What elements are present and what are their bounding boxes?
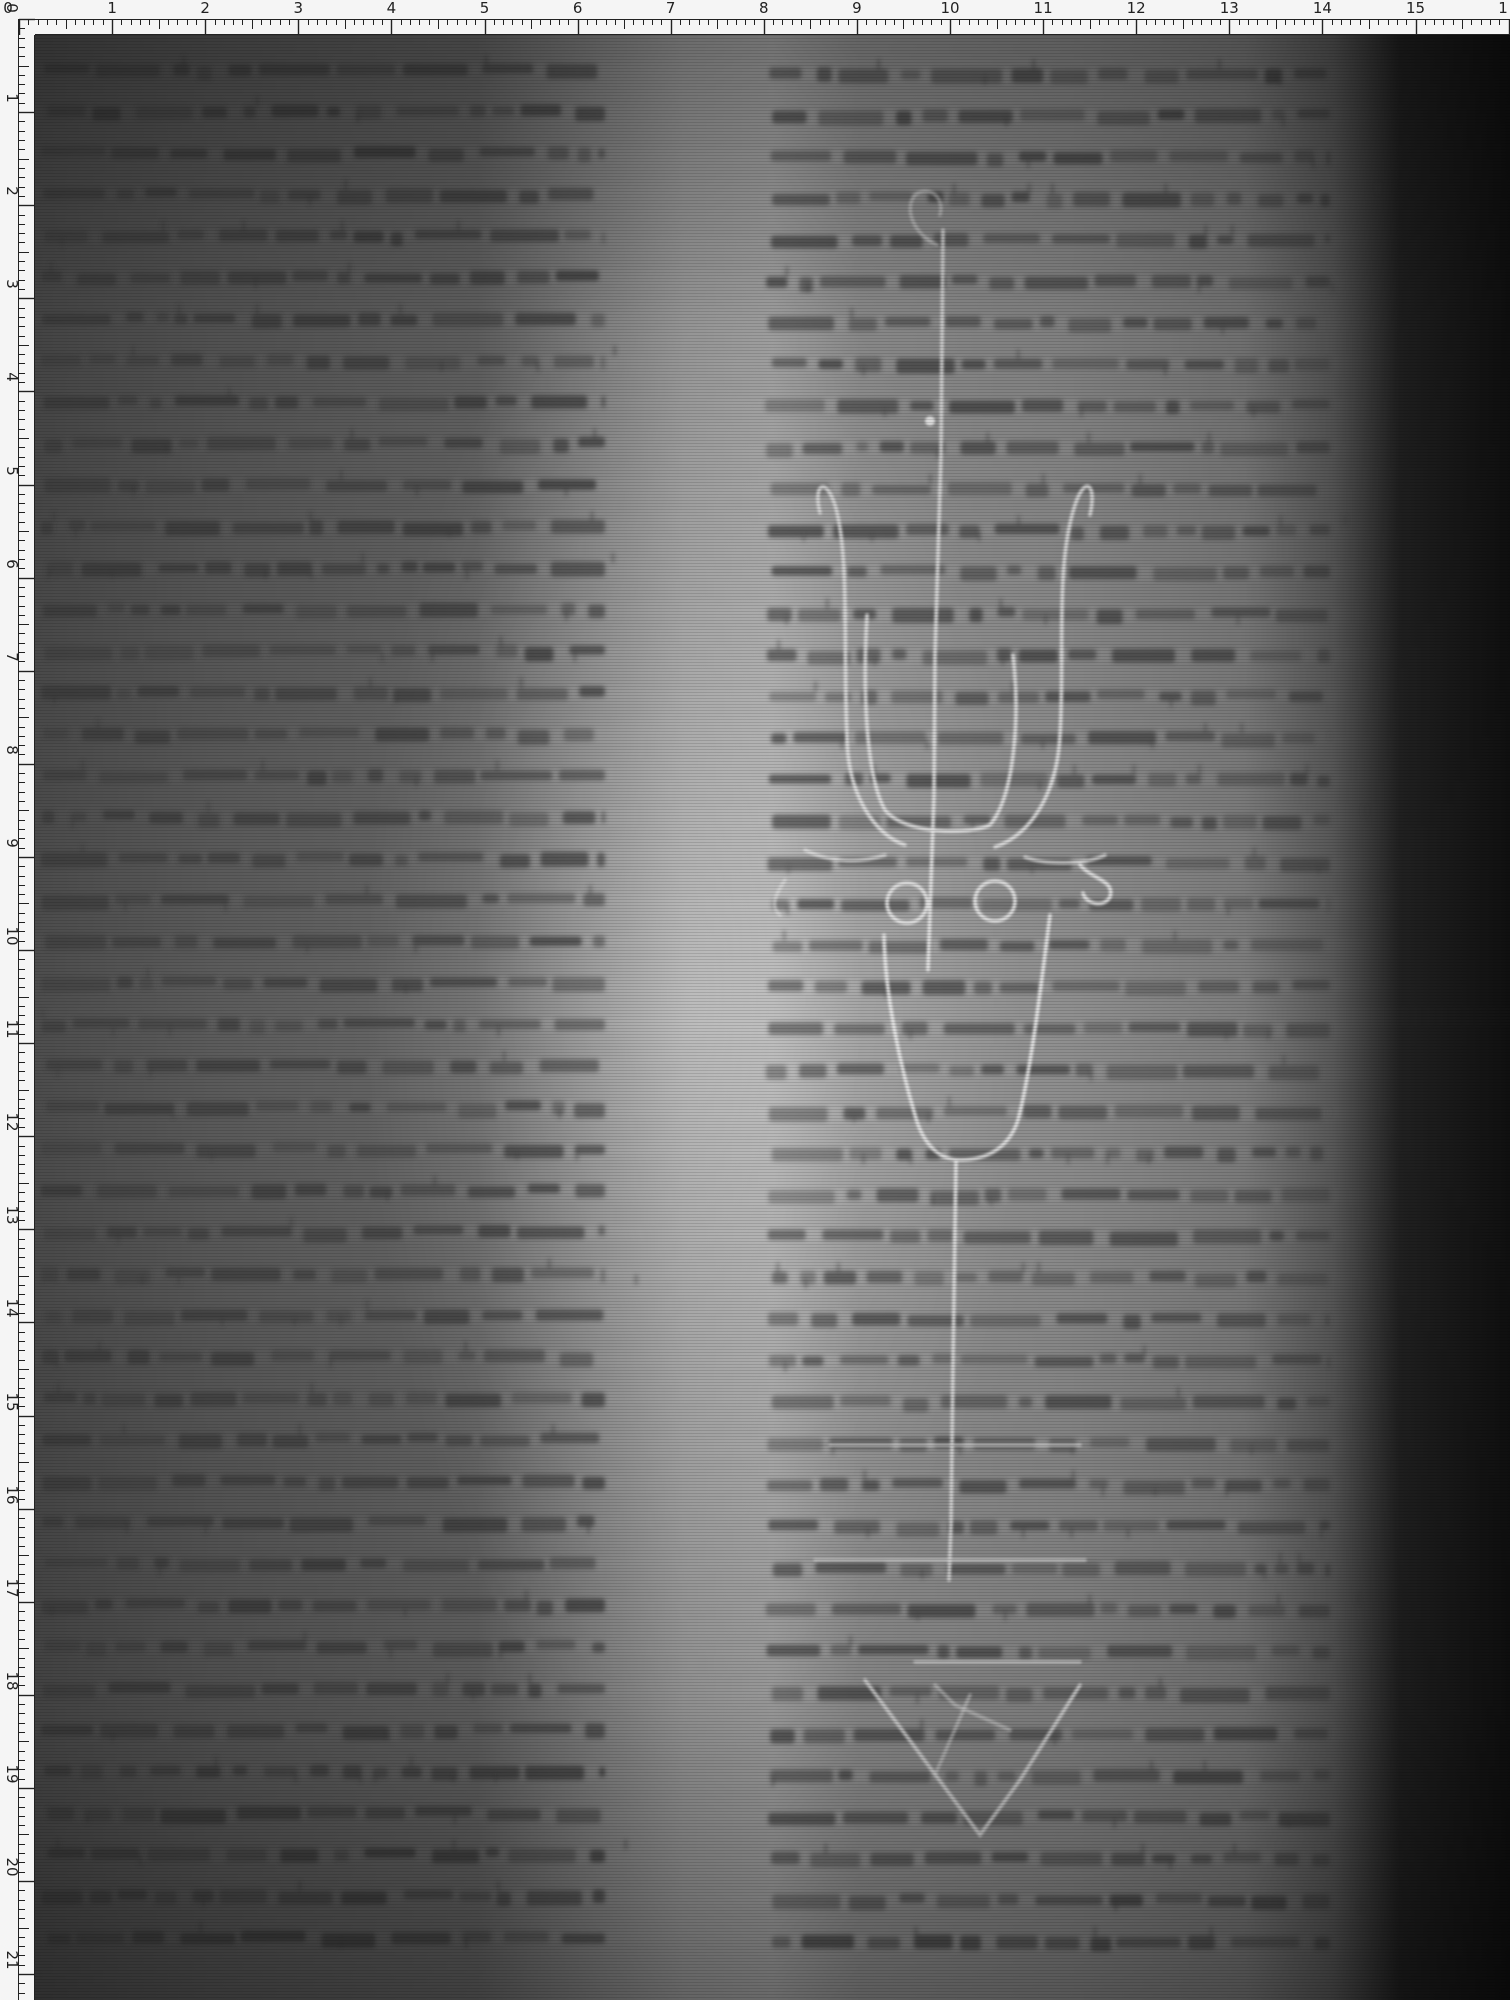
vertical-ruler-label: 20 bbox=[4, 1856, 20, 1878]
horizontal-ruler-label: 5 bbox=[480, 0, 490, 17]
horizontal-ruler-label: 9 bbox=[852, 0, 862, 17]
manuscript-page bbox=[35, 35, 1510, 2000]
vertical-ruler-label: 0 bbox=[4, 0, 20, 19]
vertical-ruler-label: 11 bbox=[4, 1018, 20, 1040]
horizontal-ruler-label: 1 bbox=[107, 0, 117, 17]
horizontal-ruler-label: 3 bbox=[294, 0, 304, 17]
horizontal-ruler-label: 1 bbox=[1498, 0, 1508, 17]
horizontal-ruler-label: 10 bbox=[940, 0, 959, 17]
vertical-ruler-label: 7 bbox=[4, 646, 20, 668]
vertical-ruler-label: 13 bbox=[4, 1204, 20, 1226]
vertical-ruler-label: 8 bbox=[4, 739, 20, 761]
horizontal-ruler-label: 6 bbox=[573, 0, 583, 17]
horizontal-ruler-label: 13 bbox=[1220, 0, 1239, 17]
horizontal-ruler bbox=[0, 0, 1510, 35]
vertical-ruler-label: 4 bbox=[4, 366, 20, 388]
vertical-ruler-label: 5 bbox=[4, 460, 20, 482]
vertical-ruler bbox=[0, 0, 35, 2000]
manuscript-scan-image bbox=[35, 35, 1510, 2000]
horizontal-ruler-label: 11 bbox=[1034, 0, 1053, 17]
vertical-ruler-label: 15 bbox=[4, 1391, 20, 1413]
vertical-ruler-label: 1 bbox=[4, 87, 20, 109]
vertical-ruler-label: 2 bbox=[4, 180, 20, 202]
horizontal-ruler-label: 12 bbox=[1127, 0, 1146, 17]
vertical-ruler-label: 21 bbox=[4, 1949, 20, 1971]
vertical-ruler-label: 18 bbox=[4, 1670, 20, 1692]
vertical-ruler-label: 17 bbox=[4, 1577, 20, 1599]
horizontal-ruler-label: 15 bbox=[1406, 0, 1425, 17]
vertical-ruler-ticks bbox=[0, 0, 35, 2000]
vertical-ruler-label: 16 bbox=[4, 1484, 20, 1506]
vertical-ruler-label: 6 bbox=[4, 553, 20, 575]
vertical-ruler-label: 19 bbox=[4, 1763, 20, 1785]
horizontal-ruler-label: 7 bbox=[666, 0, 676, 17]
vertical-ruler-label: 3 bbox=[4, 273, 20, 295]
horizontal-ruler-label: 4 bbox=[387, 0, 397, 17]
horizontal-ruler-label: 14 bbox=[1313, 0, 1332, 17]
vertical-ruler-label: 14 bbox=[4, 1297, 20, 1319]
vertical-ruler-label: 9 bbox=[4, 832, 20, 854]
vertical-ruler-label: 12 bbox=[4, 1111, 20, 1133]
horizontal-ruler-ticks bbox=[0, 0, 1510, 35]
horizontal-ruler-label: 8 bbox=[759, 0, 769, 17]
horizontal-ruler-label: 2 bbox=[200, 0, 210, 17]
vertical-ruler-label: 10 bbox=[4, 925, 20, 947]
